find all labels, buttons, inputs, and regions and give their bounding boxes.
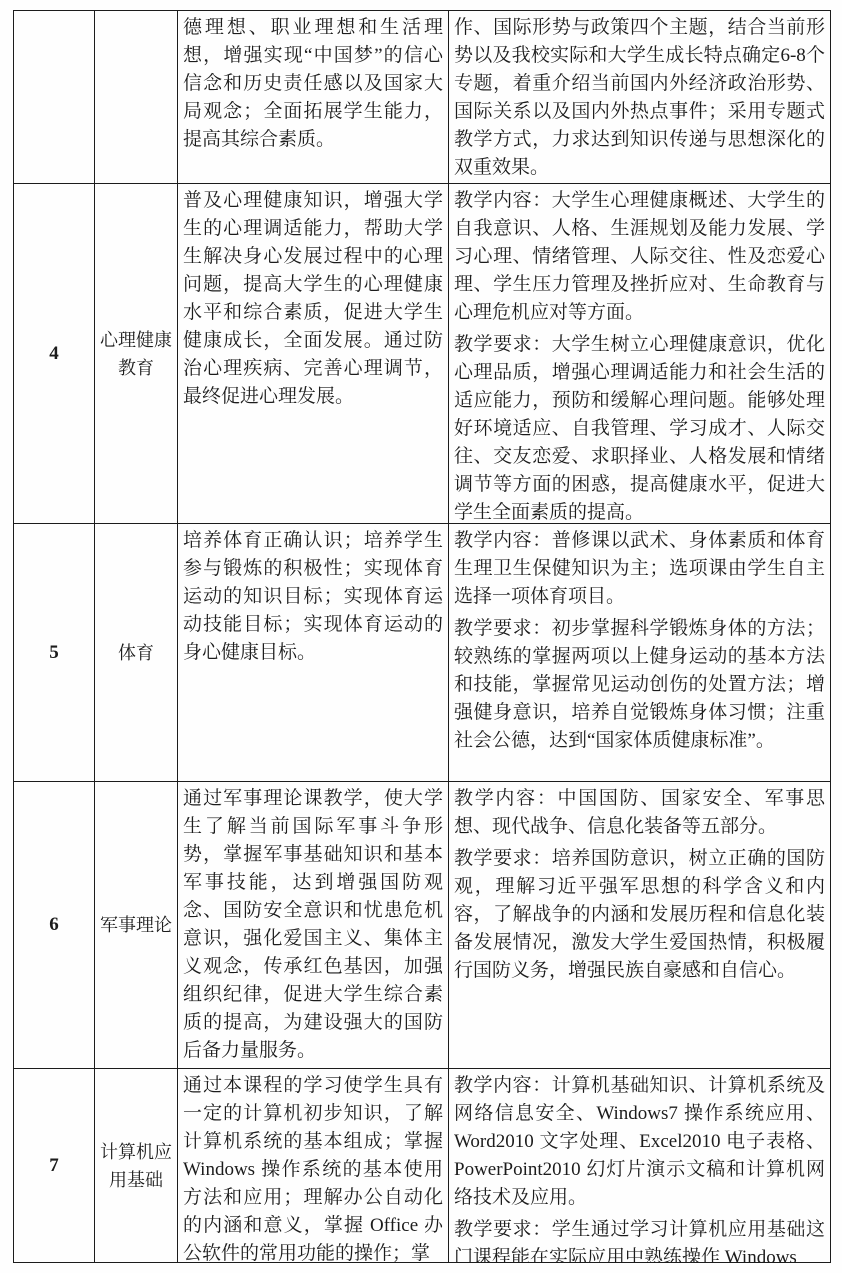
course-table: 德理想、职业理想和生活理想，增强实现“中国梦”的信心信念和历史责任感以及国家大局…	[13, 10, 831, 1263]
course-objective-cell: 普及心理健康知识，增强大学生的心理调适能力，帮助大学生解决身心发展过程中的心理问…	[178, 184, 449, 523]
course-number-cell: 6	[14, 782, 95, 1068]
teaching-content-paragraph: 教学内容：计算机基础知识、计算机系统及网络信息安全、Windows7 操作系统应…	[454, 1072, 825, 1212]
teaching-requirement-paragraph: 教学要求：学生通过学习计算机应用基础这门课程能在实际应用中熟练操作 Window…	[454, 1216, 825, 1262]
course-content-paragraph: 作、国际形势与政策四个主题，结合当前形势以及我校实际和大学生成长特点确定6-8个…	[454, 14, 825, 182]
course-content-cell: 教学内容：大学生心理健康概述、大学生的自我意识、人格、生涯规划及能力发展、学习心…	[449, 184, 830, 523]
course-objective: 德理想、职业理想和生活理想，增强实现“中国梦”的信心信念和历史责任感以及国家大局…	[183, 14, 443, 154]
course-number: 5	[49, 642, 59, 664]
course-name-cell: 军事理论	[95, 782, 178, 1068]
course-number: 7	[49, 1155, 59, 1177]
course-objective: 通过本课程的学习使学生具有一定的计算机初步知识，了解计算机系统的基本组成；掌握W…	[183, 1072, 443, 1262]
course-number-cell	[14, 11, 95, 183]
course-name-cell: 心理健康教育	[95, 184, 178, 523]
course-name: 计算机应用基础	[98, 1138, 174, 1194]
course-row-7: 7 计算机应用基础 通过本课程的学习使学生具有一定的计算机初步知识，了解计算机系…	[14, 1069, 830, 1263]
course-row-4: 4 心理健康教育 普及心理健康知识，增强大学生的心理调适能力，帮助大学生解决身心…	[14, 184, 830, 524]
course-objective-cell: 通过军事理论课教学，使大学生了解当前国际军事斗争形势，掌握军事基础知识和基本军事…	[178, 782, 449, 1068]
course-row-5: 5 体育 培养体育正确认识；培养学生参与锻炼的积极性；实现体育运动的知识目标；实…	[14, 524, 830, 782]
teaching-content-paragraph: 教学内容：大学生心理健康概述、大学生的自我意识、人格、生涯规划及能力发展、学习心…	[454, 187, 825, 327]
course-objective: 普及心理健康知识，增强大学生的心理调适能力，帮助大学生解决身心发展过程中的心理问…	[183, 187, 443, 411]
course-objective: 培养体育正确认识；培养学生参与锻炼的积极性；实现体育运动的知识目标；实现体育运动…	[183, 527, 443, 667]
course-objective-cell: 通过本课程的学习使学生具有一定的计算机初步知识，了解计算机系统的基本组成；掌握W…	[178, 1069, 449, 1262]
course-number-cell: 4	[14, 184, 95, 523]
course-content-cell: 教学内容：普修课以武术、身体素质和体育生理卫生保健知识为主；选项课由学生自主选择…	[449, 524, 830, 781]
course-name-cell	[95, 11, 178, 183]
course-objective: 通过军事理论课教学，使大学生了解当前国际军事斗争形势，掌握军事基础知识和基本军事…	[183, 785, 443, 1065]
course-number-cell: 7	[14, 1069, 95, 1262]
course-name: 体育	[118, 639, 154, 667]
course-number: 4	[49, 343, 59, 365]
course-number-cell: 5	[14, 524, 95, 781]
course-objective-cell: 培养体育正确认识；培养学生参与锻炼的积极性；实现体育运动的知识目标；实现体育运动…	[178, 524, 449, 781]
teaching-requirement-paragraph: 教学要求：初步掌握科学锻炼身体的方法；较熟练的掌握两项以上健身运动的基本方法和技…	[454, 615, 825, 755]
course-name-cell: 体育	[95, 524, 178, 781]
teaching-content-paragraph: 教学内容：中国国防、国家安全、军事思想、现代战争、信息化装备等五部分。	[454, 785, 825, 841]
course-objective-cell: 德理想、职业理想和生活理想，增强实现“中国梦”的信心信念和历史责任感以及国家大局…	[178, 11, 449, 183]
course-name-cell: 计算机应用基础	[95, 1069, 178, 1262]
course-number: 6	[49, 914, 59, 936]
course-name: 心理健康教育	[98, 326, 174, 382]
teaching-requirement-paragraph: 教学要求：培养国防意识，树立正确的国防观，理解习近平强军思想的科学含义和内容，了…	[454, 845, 825, 985]
course-content-cell: 教学内容：中国国防、国家安全、军事思想、现代战争、信息化装备等五部分。 教学要求…	[449, 782, 830, 1068]
teaching-content-paragraph: 教学内容：普修课以武术、身体素质和体育生理卫生保健知识为主；选项课由学生自主选择…	[454, 527, 825, 611]
course-content-cell: 教学内容：计算机基础知识、计算机系统及网络信息安全、Windows7 操作系统应…	[449, 1069, 830, 1262]
course-row-6: 6 军事理论 通过军事理论课教学，使大学生了解当前国际军事斗争形势，掌握军事基础…	[14, 782, 830, 1069]
course-name: 军事理论	[100, 911, 172, 939]
course-row-continued: 德理想、职业理想和生活理想，增强实现“中国梦”的信心信念和历史责任感以及国家大局…	[14, 11, 830, 184]
document-page: 德理想、职业理想和生活理想，增强实现“中国梦”的信心信念和历史责任感以及国家大局…	[0, 0, 842, 1273]
course-content-cell: 作、国际形势与政策四个主题，结合当前形势以及我校实际和大学生成长特点确定6-8个…	[449, 11, 830, 183]
teaching-requirement-paragraph: 教学要求：大学生树立心理健康意识，优化心理品质，增强心理调适能力和社会生活的适应…	[454, 331, 825, 523]
